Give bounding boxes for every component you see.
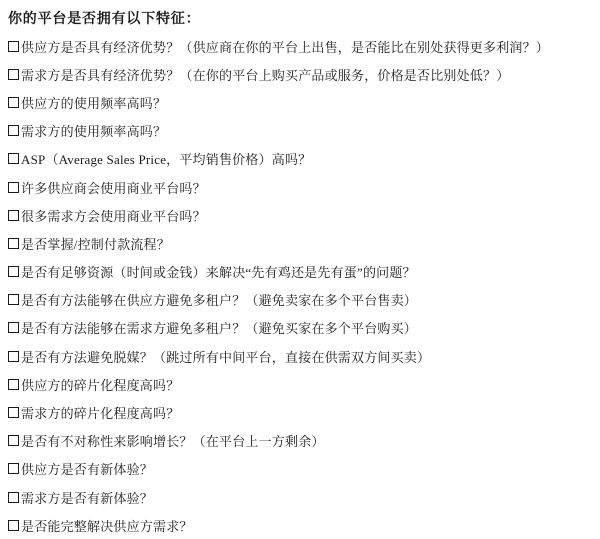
checklist-item-label: 需求方的碎片化程度高吗？ — [21, 403, 179, 422]
checklist-item-label: 需求方的使用频率高吗？ — [21, 121, 166, 140]
checklist-item-label: 供应方的碎片化程度高吗？ — [21, 375, 179, 394]
checklist-item-label: 需求方是否具有经济优势？（在你的平台上购买产品或服务，价格是否比别处低？） — [21, 65, 509, 84]
checkbox-icon — [8, 322, 19, 333]
checklist-item-label: 供应方是否具有经济优势？（供应商在你的平台上出售，是否能比在别处获得更多利润？） — [21, 37, 549, 56]
checklist-item: 是否能完整解决供应方需求？ — [8, 511, 594, 539]
checkbox-icon — [8, 210, 19, 221]
checkbox-icon — [8, 492, 19, 503]
checklist-item: 供应方的使用频率高吗？ — [8, 88, 594, 116]
checklist-item: 很多需求方会使用商业平台吗？ — [8, 201, 594, 229]
checkbox-icon — [8, 351, 19, 362]
checkbox-icon — [8, 407, 19, 418]
checklist-item: 是否有方法能够在需求方避免多租户？（避免买家在多个平台购买） — [8, 314, 594, 342]
checklist-item: ASP（Average Sales Price，平均销售价格）高吗？ — [8, 145, 594, 173]
checklist-item: 需求方的碎片化程度高吗？ — [8, 398, 594, 426]
checklist-item-label: 是否有方法能够在需求方避免多租户？（避免买家在多个平台购买） — [21, 318, 417, 337]
checklist-item: 供应方是否有新体验？ — [8, 455, 594, 483]
checklist-item: 供应方是否具有经济优势？（供应商在你的平台上出售，是否能比在别处获得更多利润？） — [8, 32, 594, 60]
checkbox-icon — [8, 294, 19, 305]
checkbox-icon — [8, 41, 19, 52]
checklist-item: 需求方是否有新体验？ — [8, 483, 594, 511]
checklist-item-label: 是否有不对称性来影响增长？（在平台上一方剩余） — [21, 431, 325, 450]
checkbox-icon — [8, 435, 19, 446]
checklist-item-label: ASP（Average Sales Price，平均销售价格）高吗？ — [21, 149, 311, 168]
checkbox-icon — [8, 182, 19, 193]
checklist-item: 是否有方法能够在供应方避免多租户？（避免卖家在多个平台售卖） — [8, 286, 594, 314]
checkbox-icon — [8, 238, 19, 249]
checkbox-icon — [8, 97, 19, 108]
checkbox-icon — [8, 69, 19, 80]
checkbox-icon — [8, 266, 19, 277]
checklist-item-label: 是否有足够资源（时间或金钱）来解决“先有鸡还是先有蛋”的问题？ — [21, 262, 416, 281]
checklist-item-label: 是否能完整解决供应方需求？ — [21, 516, 193, 535]
checklist-item-label: 是否有方法能够在供应方避免多租户？（避免卖家在多个平台售卖） — [21, 290, 417, 309]
checklist-item-label: 是否有方法避免脱媒？（跳过所有中间平台，直接在供需双方间买卖） — [21, 347, 430, 366]
checklist-item: 是否有足够资源（时间或金钱）来解决“先有鸡还是先有蛋”的问题？ — [8, 258, 594, 286]
checkbox-icon — [8, 125, 19, 136]
checklist-item: 供应方的碎片化程度高吗？ — [8, 370, 594, 398]
checklist-item-label: 很多需求方会使用商业平台吗？ — [21, 206, 206, 225]
checkbox-icon — [8, 153, 19, 164]
checklist-item: 是否有不对称性来影响增长？（在平台上一方剩余） — [8, 427, 594, 455]
page-title: 你的平台是否拥有以下特征： — [8, 4, 594, 32]
checkbox-icon — [8, 463, 19, 474]
checklist-item-label: 是否掌握/控制付款流程？ — [21, 234, 170, 253]
checklist: 供应方是否具有经济优势？（供应商在你的平台上出售，是否能比在别处获得更多利润？）… — [8, 32, 594, 539]
checklist-item-label: 供应方的使用频率高吗？ — [21, 93, 166, 112]
checklist-item-label: 供应方是否有新体验？ — [21, 459, 153, 478]
checklist-item-label: 许多供应商会使用商业平台吗？ — [21, 178, 206, 197]
checklist-item: 需求方的使用频率高吗？ — [8, 117, 594, 145]
checkbox-icon — [8, 520, 19, 531]
checkbox-icon — [8, 379, 19, 390]
checklist-item: 需求方是否具有经济优势？（在你的平台上购买产品或服务，价格是否比别处低？） — [8, 60, 594, 88]
checklist-item: 是否有方法避免脱媒？（跳过所有中间平台，直接在供需双方间买卖） — [8, 342, 594, 370]
checklist-item: 许多供应商会使用商业平台吗？ — [8, 173, 594, 201]
checklist-item: 是否掌握/控制付款流程？ — [8, 229, 594, 257]
checklist-item-label: 需求方是否有新体验？ — [21, 488, 153, 507]
